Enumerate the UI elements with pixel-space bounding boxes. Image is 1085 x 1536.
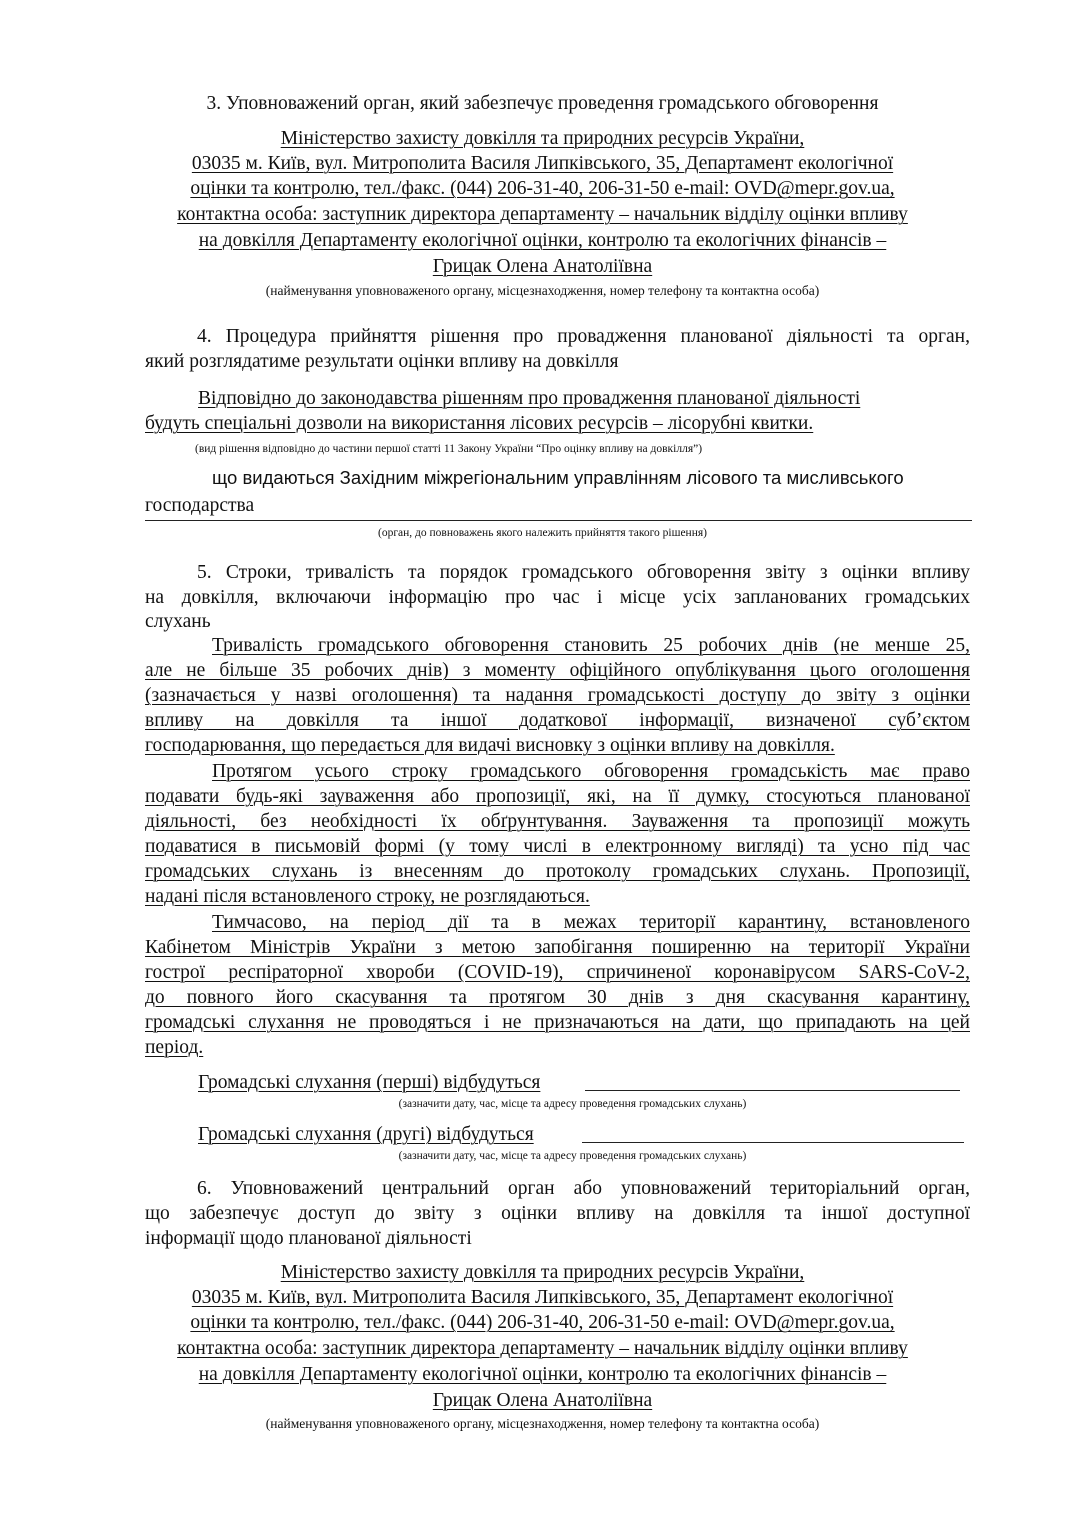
section4-heading: 4. Процедура прийняття рішення про прова… <box>145 325 970 349</box>
section5-p2-line: громадських слухань із внесенням до прот… <box>145 860 970 884</box>
section4-authority-note: (орган, до повноважень якого належить пр… <box>0 525 1085 541</box>
section6-line: Міністерство захисту довкілля та природн… <box>0 1261 1085 1285</box>
section5-p3-line: громадські слухання не проводяться і не … <box>145 1011 970 1035</box>
section5-p3-line: до повного його скасування та протягом 3… <box>145 986 970 1010</box>
section3-contact-name: Грицак Олена Анатоліївна <box>0 255 1085 279</box>
hearing2-label: Громадські слухання (другі) відбудуться <box>198 1123 534 1147</box>
section4-decision: будуть спеціальні дозволи на використанн… <box>145 412 813 436</box>
section4-authority: що видаються Західним міжрегіональним уп… <box>212 466 904 490</box>
section5-p3-line: гострої респіраторної хвороби (COVID-19)… <box>145 961 970 985</box>
hearing2-blank-field[interactable] <box>582 1142 964 1143</box>
section6-line: контактна особа: заступник директора деп… <box>0 1337 1085 1361</box>
hearing2-note: (зазначити дату, час, місце та адресу пр… <box>30 1148 1085 1164</box>
section5-heading: на довкілля, включаючи інформацію про ча… <box>145 586 970 610</box>
hearing1-label: Громадські слухання (перші) відбудуться <box>198 1071 540 1095</box>
section6-heading: що забезпечує доступ до звіту з оцінки в… <box>145 1202 970 1226</box>
section3-line: Міністерство захисту довкілля та природн… <box>0 127 1085 151</box>
section3-note: (найменування уповноваженого органу, міс… <box>0 283 1085 299</box>
section5-heading: 5. Строки, тривалість та порядок громадс… <box>145 561 970 585</box>
section5-p1-line: впливу на довкілля та іншої додаткової і… <box>145 709 970 733</box>
document-page: 3. Уповноважений орган, який забезпечує … <box>0 0 1085 1536</box>
section3-line: контактна особа: заступник директора деп… <box>0 203 1085 227</box>
authority-underline <box>145 520 972 521</box>
section3-line: на довкілля Департаменту екологічної оці… <box>0 229 1085 253</box>
section4-heading: який розглядатиме результати оцінки впли… <box>145 350 618 374</box>
section5-p1-line: Тривалість громадського обговорення стан… <box>212 634 970 658</box>
section5-p3-line: Кабінетом Міністрів України з метою запо… <box>145 936 970 960</box>
section5-p3-line: період. <box>145 1036 203 1060</box>
section6-heading: 6. Уповноважений центральний орган або у… <box>145 1177 970 1201</box>
section3-line: 03035 м. Київ, вул. Митрополита Василя Л… <box>0 152 1085 176</box>
section3-line: оцінки та контролю, тел./факс. (044) 206… <box>0 177 1085 201</box>
hearing1-note: (зазначити дату, час, місце та адресу пр… <box>30 1096 1085 1112</box>
section5-p1-line: господарювання, що передається для видач… <box>145 734 835 758</box>
section6-line: оцінки та контролю, тел./факс. (044) 206… <box>0 1311 1085 1335</box>
section5-p2-line: надані після встановленого строку, не ро… <box>145 885 590 909</box>
section4-decision: Відповідно до законодавства рішенням про… <box>198 387 860 411</box>
section6-contact-name: Грицак Олена Анатоліївна <box>0 1389 1085 1413</box>
section4-decision-note: (вид рішення відповідно до частини першо… <box>195 441 702 457</box>
section3-heading: 3. Уповноважений орган, який забезпечує … <box>0 92 1085 116</box>
section6-heading: інформації щодо планованої діяльності <box>145 1227 472 1251</box>
section4-authority: господарства <box>145 494 254 518</box>
section5-p2-line: подаватися в письмовій формі (у тому чис… <box>145 835 970 859</box>
section5-p1-line: (зазначається у назві оголошення) та над… <box>145 684 970 708</box>
section5-p1-line: але не більше 35 робочих днів) з моменту… <box>145 659 970 683</box>
section5-p2-line: Протягом усього строку громадського обго… <box>212 760 970 784</box>
section6-note: (найменування уповноваженого органу, міс… <box>0 1416 1085 1432</box>
section6-line: на довкілля Департаменту екологічної оці… <box>0 1363 1085 1387</box>
section5-p2-line: діяльності, без необхідності їх обґрунту… <box>145 810 970 834</box>
hearing1-blank-field[interactable] <box>585 1090 960 1091</box>
section6-line: 03035 м. Київ, вул. Митрополита Василя Л… <box>0 1286 1085 1310</box>
section5-p2-line: подавати будь-які зауваження або пропози… <box>145 785 970 809</box>
section5-heading: слухань <box>145 610 211 634</box>
section5-p3-line: Тимчасово, на період дії та в межах тери… <box>212 911 970 935</box>
